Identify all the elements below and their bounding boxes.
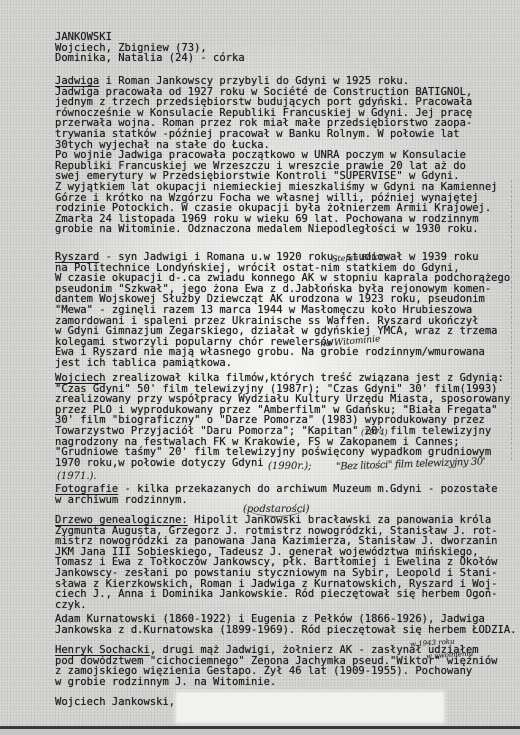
paragraph-fotografie: Fotografie - kilka przekazanych do archi… (55, 484, 498, 505)
paragraph-fotografie-text: - kilka przekazanych do archiwum Muzeum … (55, 483, 498, 506)
paragraph-kurnatowski: Adam Kurnatowski (1860-1922) i Eugenia z… (55, 614, 516, 635)
paragraph-drzewo-genealogiczne: Drzewo genealogiczne: Hipolit Jankowski … (55, 515, 498, 610)
redaction-box (177, 693, 443, 722)
paragraph-kurnatowski-text: Adam Kurnatowski (1860-1922) i Eugenia z… (55, 613, 516, 636)
paragraph-wojciech-text: zrealizował kilka filmów,których treść z… (55, 372, 510, 469)
paragraph-wojciech: Wojciech zrealizował kilka filmów,któryc… (55, 373, 510, 468)
handwritten-year-1990: (1990r.); (268, 461, 311, 472)
scanned-typescript-page: JANKOWSKI Wojciech, Zbigniew (73), Domin… (0, 0, 520, 735)
paragraph-ryszard-text: - syn Jadwigi i Romana u.w 1920 roku, st… (55, 251, 510, 369)
handwritten-year-1971: (1971.). (57, 471, 97, 482)
family-header: JANKOWSKI Wojciech, Zbigniew (73), Domin… (55, 32, 245, 64)
paragraph-ryszard: Ryszard - syn Jadwigi i Romana u.w 1920 … (55, 252, 510, 369)
paragraph-jadwiga-text: i Roman Jankowscy przybyli do Gdyni w 19… (55, 75, 498, 235)
paragraph-drzewo-text: Hipolit Jankowski bracławski za panowani… (55, 514, 498, 611)
footer-author: Wojciech Jankowski, (55, 697, 175, 708)
scan-bottom-strip (0, 729, 520, 735)
paragraph-jadwiga: Jadwiga i Roman Jankowscy przybyli do Gd… (55, 76, 498, 235)
scan-edge-artifact (511, 180, 512, 460)
handwritten-kapitan-year: (1974) (361, 428, 388, 437)
